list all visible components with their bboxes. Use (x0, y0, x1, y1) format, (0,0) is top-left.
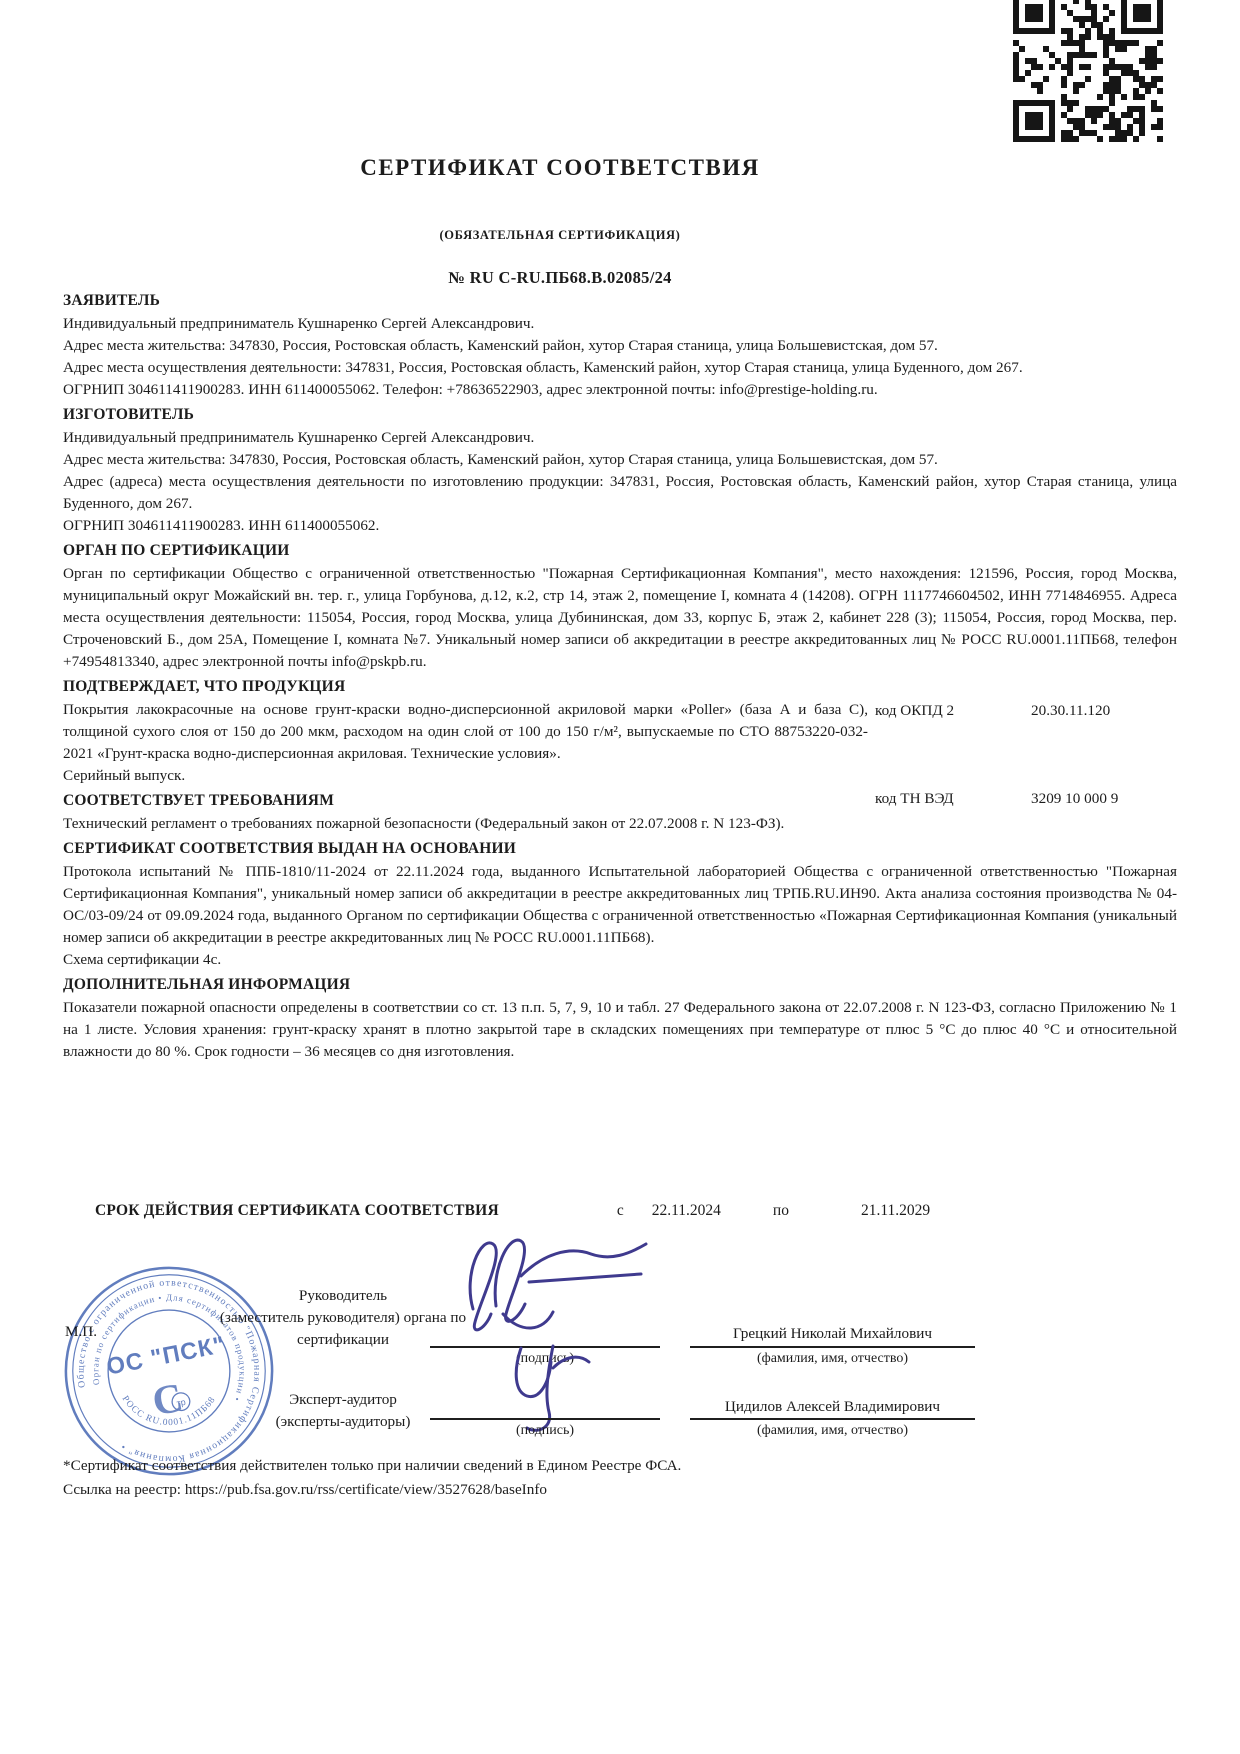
certification-scheme: Схема сертификации 4с. (63, 949, 1177, 971)
certificate-page: СЕРТИФИКАТ СООТВЕТСТВИЯ (ОБЯЗАТЕЛЬНАЯ СЕ… (63, 0, 1177, 1669)
head-signer-name: Грецкий Николай Михайлович (690, 1324, 975, 1344)
head-name-line (690, 1346, 975, 1348)
manufacturer-line: Адрес (адреса) места осуществления деяте… (63, 471, 1177, 515)
certification-type-subtitle: (ОБЯЗАТЕЛЬНАЯ СЕРТИФИКАЦИЯ) (63, 228, 1177, 243)
product-heading: ПОДТВЕРЖДАЕТ, ЧТО ПРОДУКЦИЯ (63, 677, 1177, 697)
okpd-code-value: 20.30.11.120 (1031, 700, 1110, 722)
applicant-line: ОГРНИП 304611411900283. ИНН 611400055062… (63, 379, 1177, 401)
requirements-heading: СООТВЕТСТВУЕТ ТРЕБОВАНИЯМ (63, 791, 1177, 811)
product-description: Покрытия лакокрасочные на основе грунт-к… (63, 699, 868, 765)
basis-text: Протокола испытаний № ППБ-1810/11-2024 о… (63, 861, 1177, 949)
product-section: ПОДТВЕРЖДАЕТ, ЧТО ПРОДУКЦИЯ Покрытия лак… (63, 677, 1177, 787)
certificate-number: № RU C-RU.ПБ68.В.02085/24 (63, 268, 1177, 287)
signature-area: М.П. Общество с ограниченной ответственн… (63, 1222, 1177, 1669)
validity-note: *Сертификат соответствия действителен то… (63, 1455, 681, 1477)
head-signature-scribble (451, 1214, 666, 1344)
expert-signer-name: Цидилов Алексей Владимирович (690, 1397, 975, 1417)
product-serial: Серийный выпуск. (63, 765, 1177, 787)
expert-name-line (690, 1418, 975, 1420)
applicant-heading: ЗАЯВИТЕЛЬ (63, 291, 1177, 311)
certification-body-text: Орган по сертификации Общество с огранич… (63, 563, 1177, 673)
registry-link-text: Ссылка на реестр: https://pub.fsa.gov.ru… (63, 1479, 547, 1501)
requirements-text: Технический регламент о требованиях пожа… (63, 813, 1177, 835)
signature-caption: (подпись) (430, 1422, 660, 1440)
certificate-header: СЕРТИФИКАТ СООТВЕТСТВИЯ (ОБЯЗАТЕЛЬНАЯ СЕ… (63, 0, 1177, 287)
page-title: СЕРТИФИКАТ СООТВЕТСТВИЯ (63, 155, 1177, 180)
manufacturer-line: Адрес места жительства: 347830, Россия, … (63, 449, 1177, 471)
additional-info-heading: ДОПОЛНИТЕЛЬНАЯ ИНФОРМАЦИЯ (63, 975, 1177, 995)
name-caption: (фамилия, имя, отчество) (690, 1422, 975, 1440)
applicant-line: Адрес места жительства: 347830, Россия, … (63, 335, 1177, 357)
tnved-code-label: код ТН ВЭД (875, 788, 954, 810)
applicant-line: Индивидуальный предприниматель Кушнаренк… (63, 313, 1177, 335)
applicant-line: Адрес места осуществления деятельности: … (63, 357, 1177, 379)
validity-to-date: 21.11.2029 (861, 1200, 930, 1222)
validity-to-label: по (773, 1200, 789, 1222)
manufacturer-heading: ИЗГОТОВИТЕЛЬ (63, 405, 1177, 425)
manufacturer-line: ОГРНИП 304611411900283. ИНН 611400055062… (63, 515, 1177, 537)
manufacturer-line: Индивидуальный предприниматель Кушнаренк… (63, 427, 1177, 449)
tnved-code-value: 3209 10 000 9 (1031, 788, 1118, 810)
qr-code-icon (1013, 0, 1163, 142)
okpd-code-label: код ОКПД 2 (875, 700, 954, 722)
expert-signature-line (430, 1418, 660, 1420)
certification-body-heading: ОРГАН ПО СЕРТИФИКАЦИИ (63, 541, 1177, 561)
signer-role-line: Эксперт-аудитор (175, 1389, 511, 1411)
name-caption: (фамилия, имя, отчество) (690, 1350, 975, 1368)
additional-info-text: Показатели пожарной опасности определены… (63, 997, 1177, 1063)
validity-label: СРОК ДЕЙСТВИЯ СЕРТИФИКАТА СООТВЕТСТВИЯ (95, 1200, 499, 1222)
basis-heading: СЕРТИФИКАТ СООТВЕТСТВИЯ ВЫДАН НА ОСНОВАН… (63, 839, 1177, 859)
